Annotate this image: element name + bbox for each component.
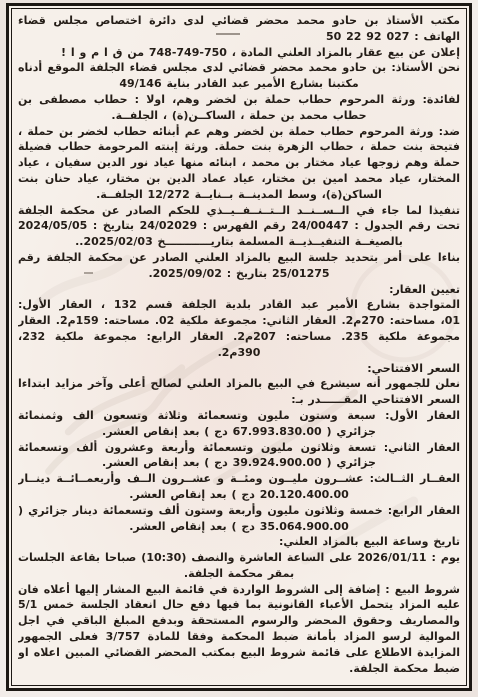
- section-writ: تنفيذا لما جاء في الــســنــد الــتــنــ…: [18, 203, 460, 250]
- text-line: العقــار الثــالث: عشــرون مليــون ومئــ…: [18, 471, 460, 487]
- scan-artifact-dash: [216, 33, 240, 35]
- text-line: الموالية لرسو المزاد بأمانة ضبط المحكمة …: [18, 629, 460, 645]
- text-line: حملة وهم زوجها عياد مختار بن محمد ، ابنا…: [18, 155, 460, 171]
- text-line: يوم : 2026/01/11 على الساعة العاشرة والن…: [18, 550, 460, 566]
- section-auction-datetime: تاريخ وساعة البيع بالمزاد العلني:يوم : 2…: [18, 534, 460, 581]
- section-property-designation: تعيين العقار:المتواجدة بشارع الأمير عبد …: [18, 282, 460, 361]
- section-session-order: بناءا على أمر بتحديد جلسة البيع بالمزاد …: [18, 250, 460, 282]
- text-line: بناءا على أمر بتحديد جلسة البيع بالمزاد …: [18, 250, 460, 266]
- text-line: بمقر محكمة الجلفة.: [18, 566, 460, 582]
- text-line: الهاتف : 027 92 22 50: [18, 29, 460, 45]
- text-line: العقار الثاني: تسعة وثلاثون مليون وتسعما…: [18, 440, 460, 456]
- text-line: تحت رقم الجدول : 24/00447 رقم الفهرس : 2…: [18, 218, 460, 234]
- text-line: 01، مساحته: 270م2. العقار الثاني: مجموعة…: [18, 313, 460, 329]
- text-line: 20.120.400.00 دج ) بعد إنقاص العشر.: [18, 487, 460, 503]
- text-line: والمصاريف وحقوق المحضر والرسوم المستحقة …: [18, 613, 460, 629]
- text-line: العقار الأول: سبعة وستون مليون وتسعمائة …: [18, 408, 460, 424]
- text-line: جزائري ( 67.993.830.00 دج ) بعد إنقاص ال…: [18, 424, 460, 440]
- text-line: العقار الرابع: خمسة وثلاثون مليون وأربعة…: [18, 503, 460, 519]
- document-lines: مكتب الأستاذ بن حادو محمد محضر قضائي لدى…: [18, 13, 460, 676]
- text-line: السعر الافتتاحي المقــــــدر بـ:: [18, 392, 460, 408]
- text-line: بالصيغــة التنفيــذيــة المسلمة بتاريـــ…: [18, 234, 460, 250]
- text-line: لفائدة: ورثة المرحوم حطاب حملة بن لخضر و…: [18, 92, 460, 108]
- text-line: المختار، عياد محمد امين بن مختار، عياد ع…: [18, 171, 460, 187]
- text-line: تعيين العقار:: [18, 282, 460, 298]
- text-line: عليه المزاد يتحمل الأعباء القانونية بما …: [18, 597, 460, 613]
- text-line: مكتبنا بشارع الأمير عبد القادر بناية 49/…: [18, 76, 460, 92]
- text-line: إعلان عن بيع عقار بالمزاد العلني المادة …: [18, 45, 460, 61]
- section-opening-price: السعر الافتتاحي:نعلن للجمهور أنه سيشرع ف…: [18, 361, 460, 535]
- text-line: حطاب محمد بن حملة ، الساكــن(ة) ، الجلفـ…: [18, 108, 460, 124]
- text-line: المزايدة الاطلاع على قائمة شروط البيع بم…: [18, 645, 460, 661]
- text-line: فتيحة بنت حملة ، حطاب الزهرة بنت حملة. و…: [18, 139, 460, 155]
- text-line: المتواجدة بشارع الأمير عبد القادر بلدية …: [18, 297, 460, 313]
- section-officer: نحن الأستاذ: بن حادو محمد محضر قضائي لدى…: [18, 60, 460, 92]
- text-line: ضد: ورثة المرحوم حطاب حملة بن لخضر وهم ع…: [18, 124, 460, 140]
- scanned-notice-page: { "colors":{ "page_bg":"#ece4df", "sheet…: [0, 0, 478, 697]
- text-line: نعلن للجمهور أنه سيشرع في البيع بالمزاد …: [18, 376, 460, 392]
- text-line: تنفيذا لما جاء في الــســنــد الــتــنــ…: [18, 203, 460, 219]
- section-sale-conditions: شروط البيع : إضافة إلى الشروط الواردة في…: [18, 582, 460, 677]
- text-line: السعر الافتتاحي:: [18, 361, 460, 377]
- scan-artifact-dash: [84, 272, 93, 274]
- text-line: مجموعة ملكية 235. مساحته: 207م2. العقار …: [18, 329, 460, 345]
- text-line: جزائري ( 39.924.900.00 دج ) بعد إنقاص ال…: [18, 455, 460, 471]
- text-line: مكتب الأستاذ بن حادو محمد محضر قضائي لدى…: [18, 13, 460, 29]
- section-beneficiary: لفائدة: ورثة المرحوم حطاب حملة بن لخضر و…: [18, 92, 460, 124]
- text-line: 390م2.: [18, 345, 460, 361]
- text-line: ضبط محكمة الجلفة.: [18, 661, 460, 677]
- section-against: ضد: ورثة المرحوم حطاب حملة بن لخضر وهم ع…: [18, 124, 460, 203]
- text-line: نحن الأستاذ: بن حادو محمد محضر قضائي لدى…: [18, 60, 460, 76]
- text-line: 35.064.900.00 دج ) بعد إنقاص العشر.: [18, 519, 460, 535]
- text-line: تاريخ وساعة البيع بالمزاد العلني:: [18, 534, 460, 550]
- text-line: الساكن(ة)، وسط المدينــة بــنايــة 12/27…: [18, 187, 460, 203]
- text-line: شروط البيع : إضافة إلى الشروط الواردة في…: [18, 582, 460, 598]
- section-header: مكتب الأستاذ بن حادو محمد محضر قضائي لدى…: [18, 13, 460, 60]
- notice-text-area: مكتب الأستاذ بن حادو محمد محضر قضائي لدى…: [11, 8, 467, 686]
- notice-sheet: مكتب الأستاذ بن حادو محمد محضر قضائي لدى…: [6, 3, 472, 691]
